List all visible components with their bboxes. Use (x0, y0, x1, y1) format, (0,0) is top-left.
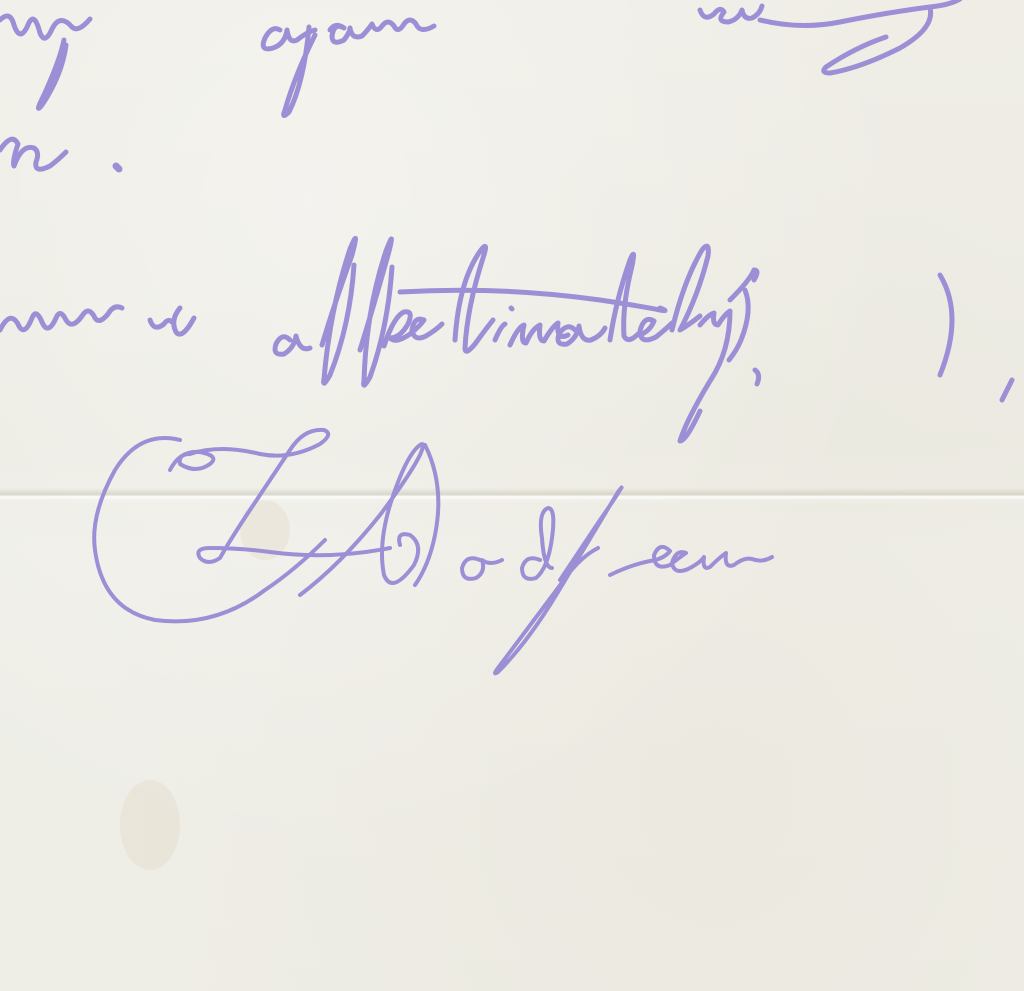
signature (94, 430, 772, 673)
handwriting-line-1 (0, 0, 960, 116)
handwriting-line-2 (0, 139, 119, 169)
handwriting-ink (0, 0, 1024, 991)
handwriting-closing (0, 238, 1012, 441)
letter-page: …ing again very …n. Yours affectionately… (0, 0, 1024, 991)
